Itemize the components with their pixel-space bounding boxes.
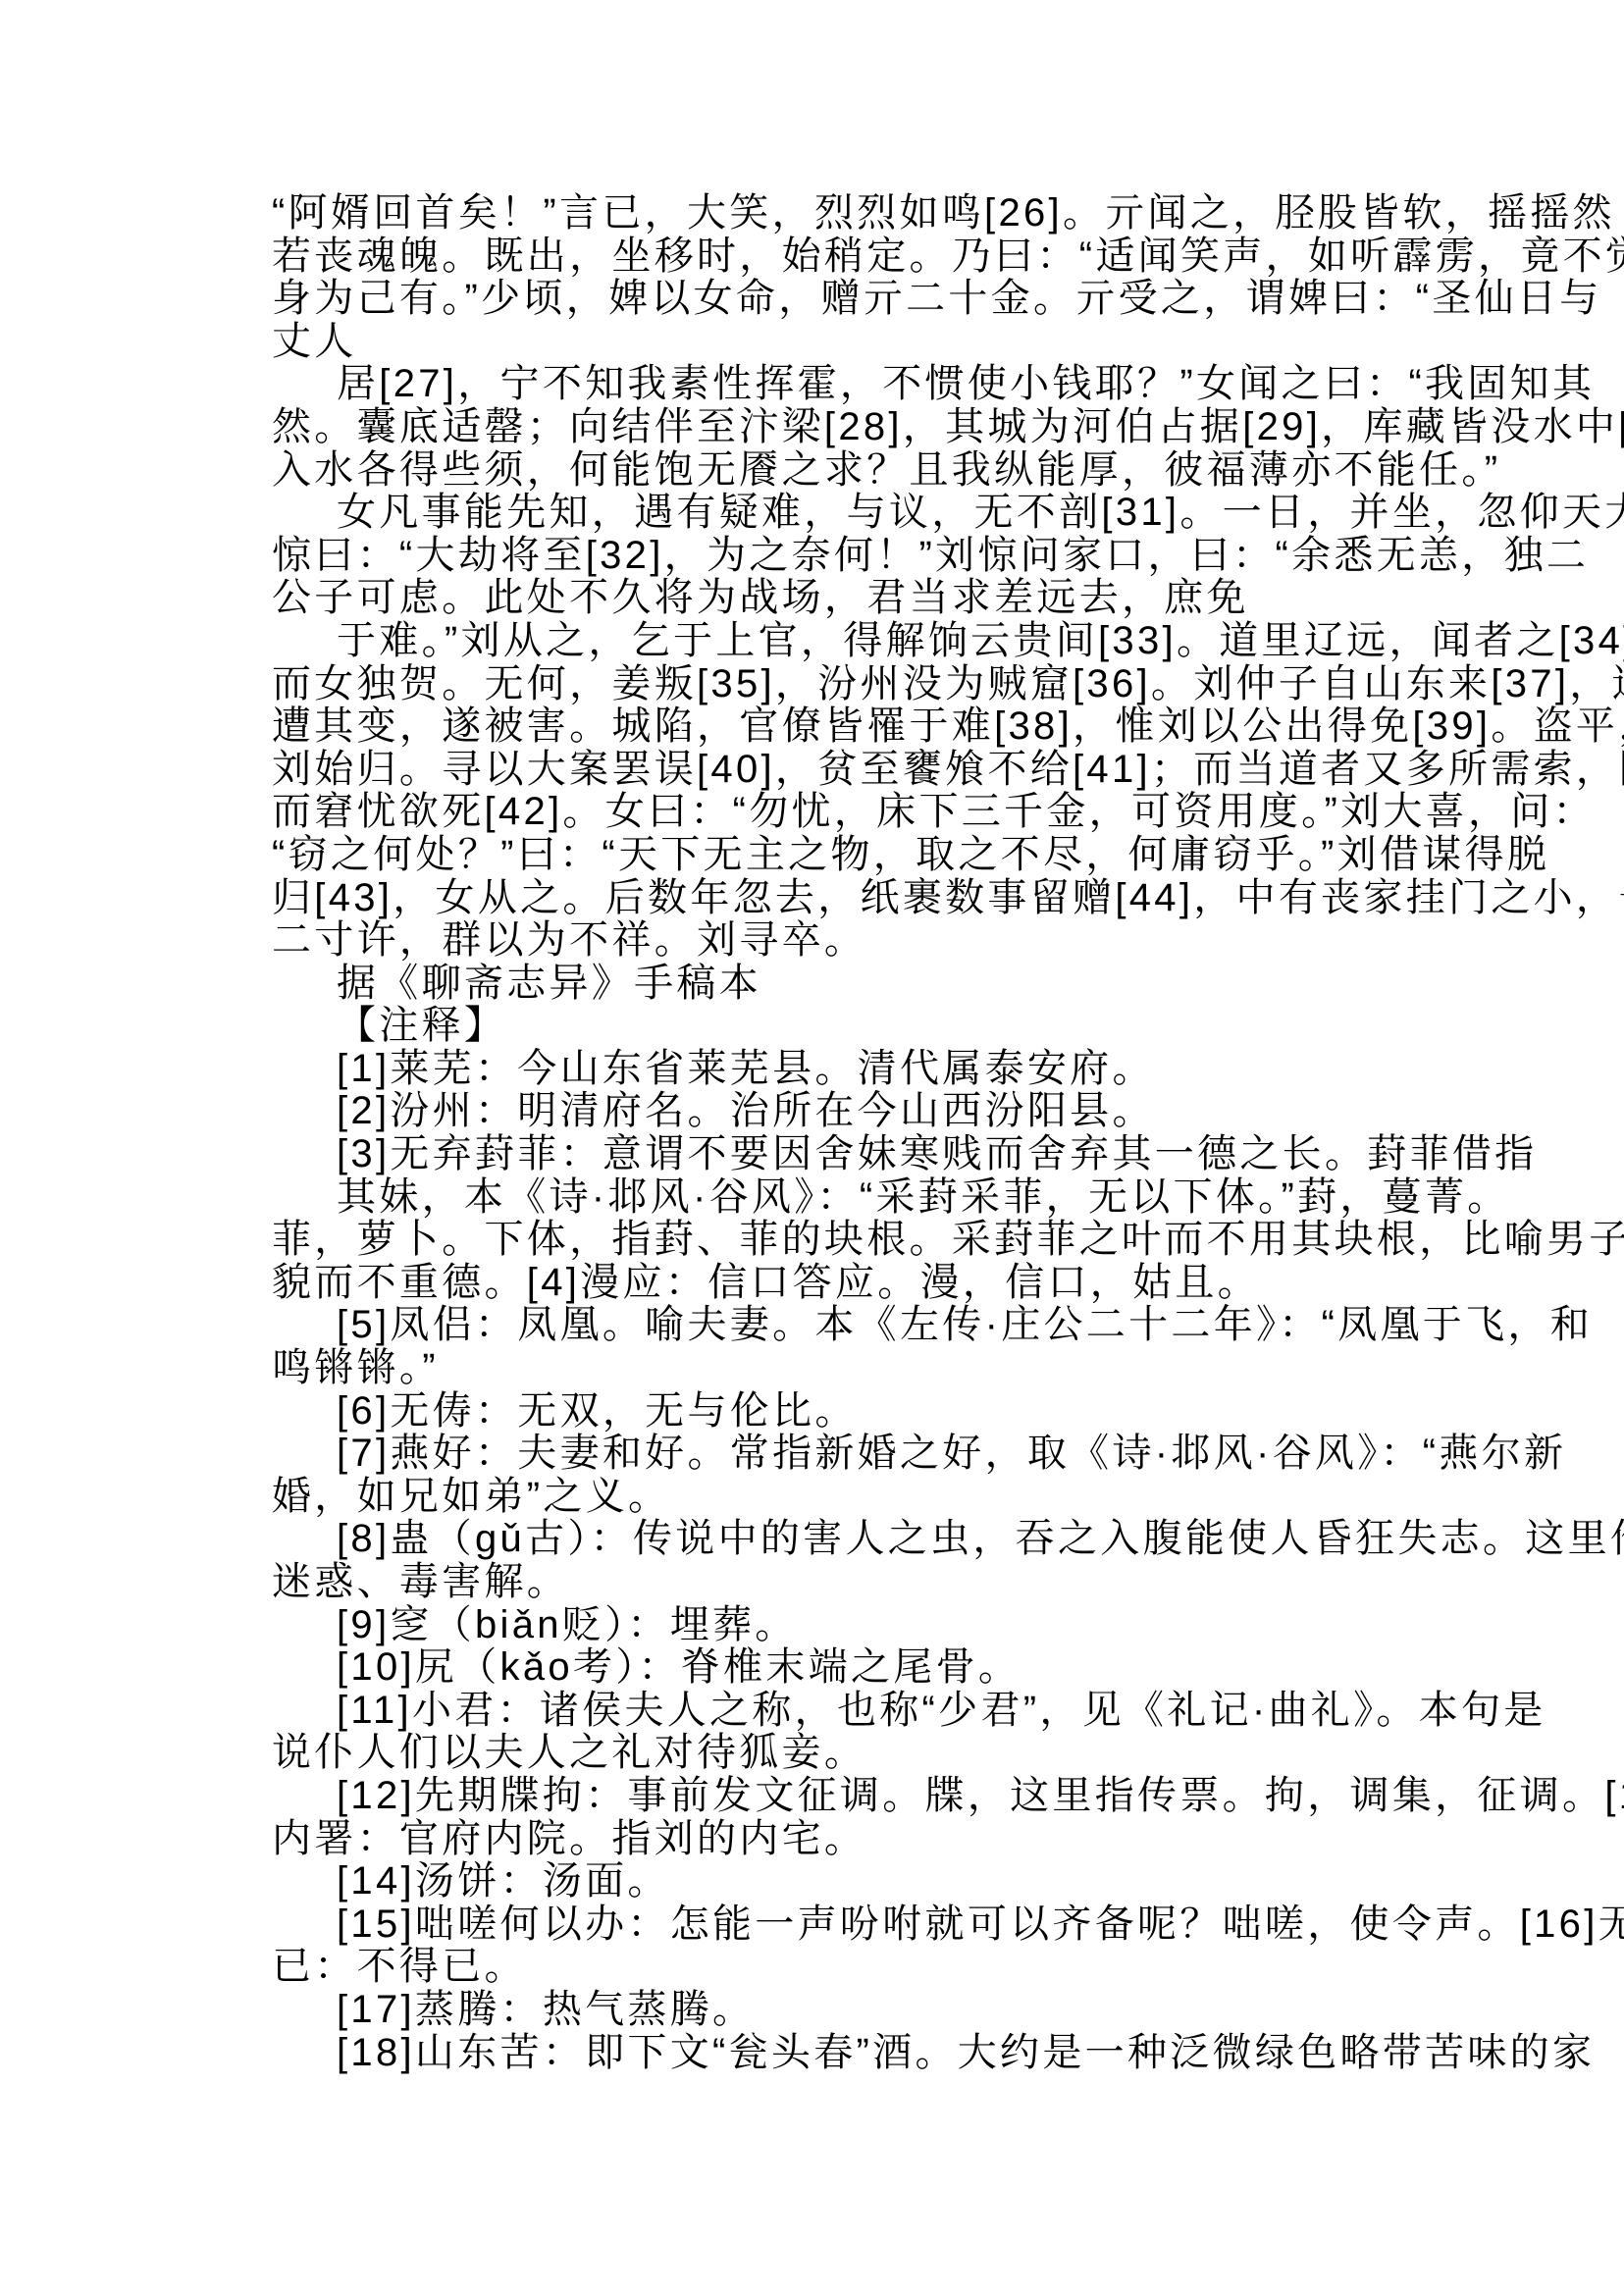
text-block: “阿婿回首矣！”言已，大笑，烈烈如鸣[26]。亓闻之，胫股皆软，摇摇然若丧魂魄。… [272,192,1508,2074]
text-line: [6]无俦：无双，无与伦比。 [272,1390,1508,1434]
text-line: 公子可虑。此处不久将为战场，君当求差远去，庶免 [272,577,1508,620]
text-line: 婚，如兄如弟”之义。 [272,1476,1508,1519]
document-page: “阿婿回首矣！”言已，大笑，烈烈如鸣[26]。亓闻之，胫股皆软，摇摇然若丧魂魄。… [0,0,1624,2294]
text-line: 若丧魂魄。既出，坐移时，始稍定。乃曰：“适闻笑声，如听霹雳，竟不觉 [272,235,1508,279]
text-line: [9]窆（biǎn贬）：埋葬。 [272,1604,1508,1647]
text-line: 遭其变，遂被害。城陷，官僚皆罹于难[38]，惟刘以公出得免[39]。盗平， [272,705,1508,749]
text-line: 居[27]，宁不知我素性挥霍，不惯使小钱耶？”女闻之曰：“我固知其 [272,363,1508,406]
text-line: 然。囊底适罄；向结伴至汴梁[28]，其城为河伯占据[29]，库藏皆没水中[30]… [272,406,1508,449]
text-line: 入水各得些须，何能饱无餍之求？且我纵能厚，彼福薄亦不能任。” [272,449,1508,493]
text-line: [15]咄嗟何以办：怎能一声吩咐就可以齐备呢？咄嗟，使令声。[16]无 [272,1903,1508,1947]
text-line: “窃之何处？”曰：“天下无主之物，取之不尽，何庸窃乎。”刘借谋得脱 [272,834,1508,877]
text-line: 【注释】 [272,1005,1508,1048]
text-line: 鸣锵锵。” [272,1347,1508,1390]
text-line: 内署：官府内院。指刘的内宅。 [272,1818,1508,1861]
text-line: [2]汾州：明清府名。治所在今山西汾阳县。 [272,1090,1508,1133]
text-line: 菲，萝卜。下体，指葑、菲的块根。采葑菲之叶而不用其块根，比喻男子重 [272,1219,1508,1262]
text-line: 其妹，本《诗·邶风·谷风》：“采葑采菲，无以下体。”葑，蔓菁。 [272,1176,1508,1220]
text-line: [12]先期牒拘：事前发文征调。牒，这里指传票。拘，调集，征调。[13] [272,1775,1508,1818]
text-line: [17]蒸腾：热气蒸腾。 [272,1989,1508,2032]
text-line: 丈人 [272,321,1508,364]
text-line: 归[43]，女从之。后数年忽去，纸裹数事留赠[44]，中有丧家挂门之小，长 [272,877,1508,920]
text-line: 惊曰：“大劫将至[32]，为之奈何！”刘惊问家口，曰：“余悉无恙，独二 [272,535,1508,578]
text-line: 刘始归。寻以大案罢误[40]，贫至饔飧不给[41]；而当道者又多所需索，因 [272,749,1508,792]
text-line: 已：不得已。 [272,1946,1508,1989]
text-line: [14]汤饼：汤面。 [272,1860,1508,1903]
text-line: 女凡事能先知，遇有疑难，与议，无不剖[31]。一日，并坐，忽仰天大 [272,492,1508,535]
text-line: [18]山东苦：即下文“瓮头春”酒。大约是一种泛微绿色略带苦味的家 [272,2032,1508,2075]
text-line: [1]莱芜：今山东省莱芜县。清代属泰安府。 [272,1048,1508,1091]
text-line: [3]无弃葑菲：意谓不要因舍妹寒贱而舍弃其一德之长。葑菲借指 [272,1133,1508,1176]
text-line: [11]小君：诸侯夫人之称，也称“少君”，见《礼记·曲礼》。本句是 [272,1690,1508,1733]
text-line: 而窘忧欲死[42]。女曰：“勿忧，床下三千金，可资用度。”刘大喜，问： [272,791,1508,834]
text-line: 身为己有。”少顷，婢以女命，赠亓二十金。亓受之，谓婢曰：“圣仙日与 [272,278,1508,321]
text-line: 说仆人们以夫人之礼对待狐妾。 [272,1732,1508,1775]
text-line: 据《聊斋志异》手稿本 [272,963,1508,1006]
text-line: 二寸许，群以为不祥。刘寻卒。 [272,919,1508,963]
text-line: [8]蛊（gǔ古）：传说中的害人之虫，吞之入腹能使人昏狂失志。这里作 [272,1518,1508,1561]
text-line: [7]燕好：夫妻和好。常指新婚之好，取《诗·邶风·谷风》：“燕尔新 [272,1433,1508,1476]
text-line: 而女独贺。无何，姜叛[35]，汾州没为贼窟[36]。刘仲子自山东来[37]，适 [272,663,1508,706]
text-line: 迷惑、毒害解。 [272,1561,1508,1604]
text-line: [5]凤侣：凤凰。喻夫妻。本《左传·庄公二十二年》：“凤凰于飞，和 [272,1304,1508,1347]
text-line: 于难。”刘从之，乞于上官，得解饷云贵间[33]。道里辽远，闻者之[34]， [272,620,1508,663]
text-line: 貌而不重德。[4]漫应：信口答应。漫，信口，姑且。 [272,1262,1508,1305]
text-line: “阿婿回首矣！”言已，大笑，烈烈如鸣[26]。亓闻之，胫股皆软，摇摇然 [272,192,1508,235]
text-line: [10]尻（kǎo考）：脊椎末端之尾骨。 [272,1646,1508,1690]
